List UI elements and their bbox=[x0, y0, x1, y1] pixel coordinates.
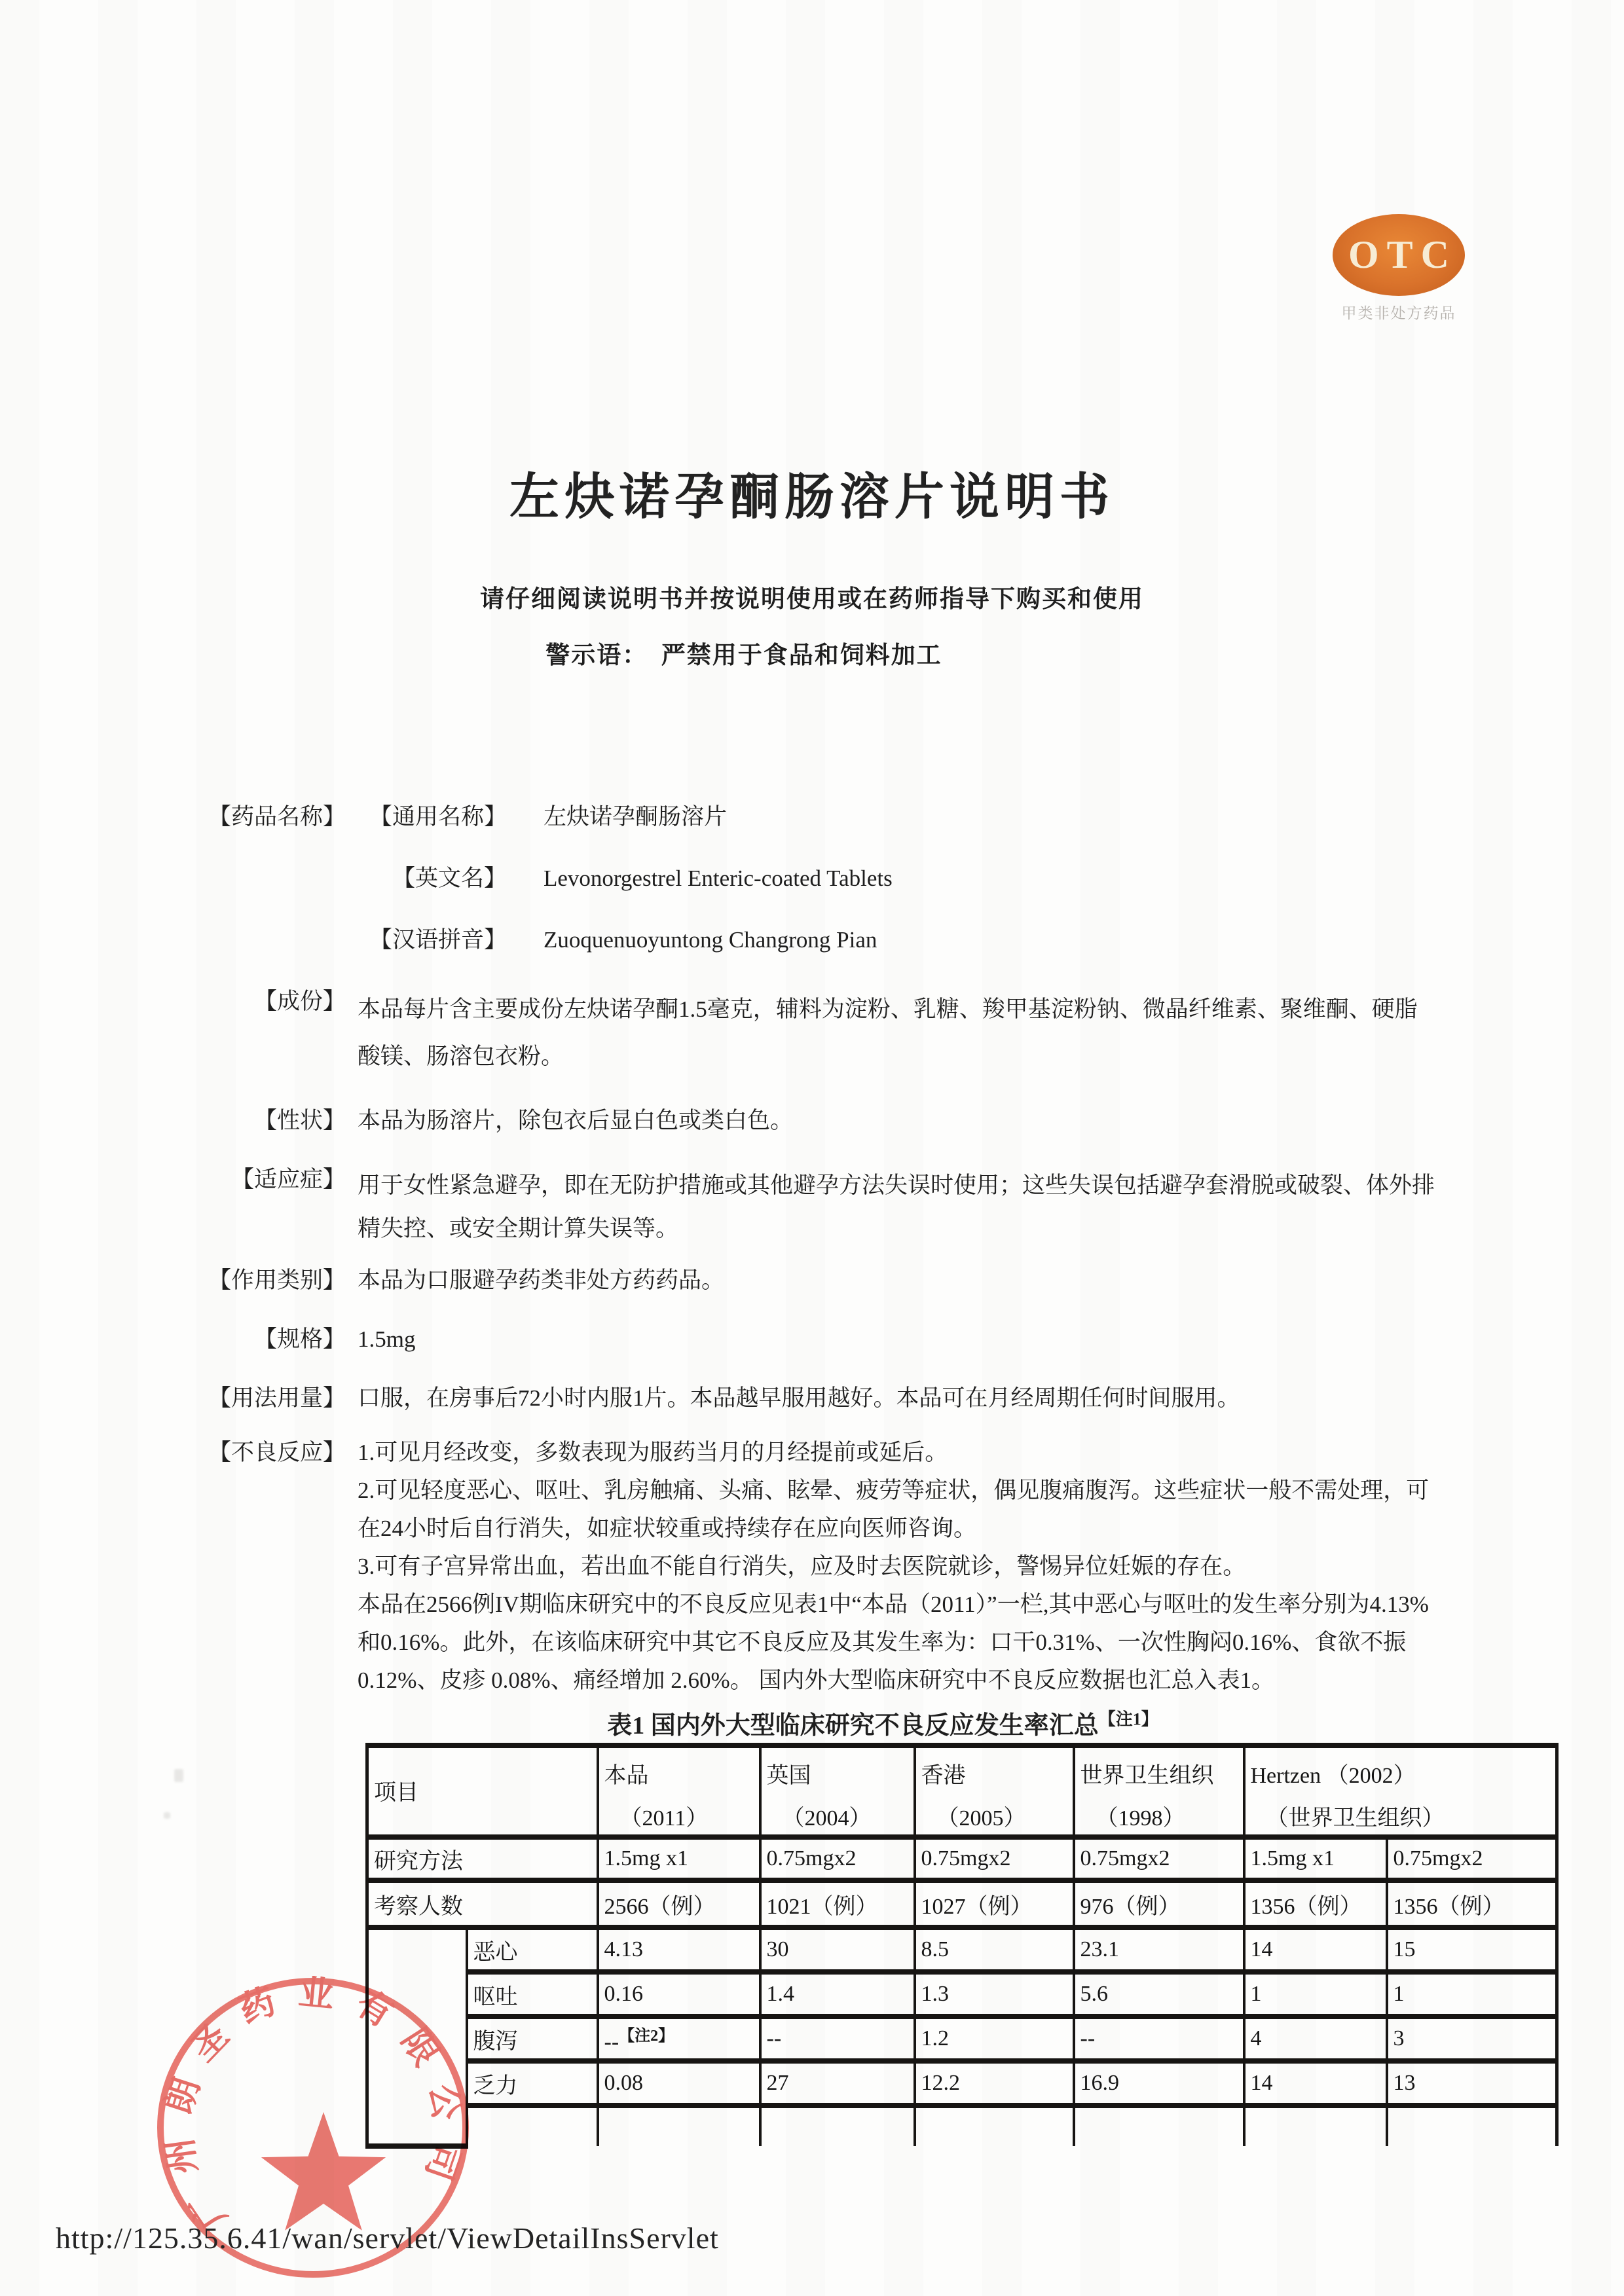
field-adverse-reactions: 【不良反应】 1.可见月经改变，多数表现为服药当月的月经提前或延后。 2.可见轻… bbox=[196, 1434, 1441, 1700]
source-url-text: http://125.35.6.41/wan/servlet/ViewDetai… bbox=[56, 2221, 719, 2255]
header-cell-hongkong: 香港 （2005） bbox=[915, 1745, 1074, 1837]
otc-mark-text: OTC bbox=[1340, 232, 1457, 278]
header-line1: 英国 bbox=[767, 1757, 908, 1789]
table-row-vomit: 呕吐 0.16 1.4 1.3 5.6 1 1 bbox=[367, 1972, 1557, 2016]
table-cell: 1356（例） bbox=[1387, 1880, 1557, 1927]
table-cell: 2566（例） bbox=[598, 1880, 760, 1927]
table-cell: 1021（例） bbox=[760, 1880, 915, 1927]
field-value: 本品为肠溶片，除包衣后显白色或类白色。 bbox=[358, 1105, 1437, 1137]
table-cell: 23.1 bbox=[1074, 1927, 1244, 1972]
header-cell-hertzen: Hertzen （2002） （世界卫生组织） bbox=[1244, 1745, 1557, 1837]
table-cell: 0.08 bbox=[598, 2061, 760, 2105]
table-cell: 3 bbox=[1387, 2016, 1557, 2061]
otc-logo: OTC 甲类非处方药品 bbox=[1333, 214, 1465, 323]
table-cell: 1.2 bbox=[915, 2016, 1074, 2061]
field-pinyin: 【汉语拼音】 Zuoquenuoyuntong Changrong Pian bbox=[196, 924, 1441, 956]
field-value: Levonorgestrel Enteric-coated Tablets bbox=[544, 863, 893, 894]
adverse-paragraph-4: 本品在2566例IV期临床研究中的不良反应见表1中“本品（2011）”一栏,其中… bbox=[358, 1586, 1437, 1700]
table-row-subjects: 考察人数 2566（例） 1021（例） 1027（例） 976（例） 1356… bbox=[367, 1880, 1557, 1927]
field-label: 【成份】 bbox=[196, 986, 346, 1017]
field-indications: 【适应症】 用于女性紧急避孕，即在无防护措施或其他避孕方法失误时使用；这些失误包… bbox=[196, 1164, 1441, 1250]
field-ingredients: 【成份】 本品每片含主要成份左炔诺孕酮1.5毫克，辅料为淀粉、乳糖、羧甲基淀粉钠… bbox=[196, 986, 1441, 1080]
otc-subtext: 甲类非处方药品 bbox=[1333, 301, 1465, 323]
header-cell-uk: 英国 （2004） bbox=[760, 1745, 915, 1837]
table-cell: 1027（例） bbox=[915, 1880, 1074, 1927]
table-row-diarrhea: 腹泻 --【注2】 -- 1.2 -- 4 3 bbox=[367, 2016, 1557, 2061]
table-cell bbox=[1244, 2105, 1387, 2146]
row-label: 研究方法 bbox=[367, 1837, 598, 1880]
header-cell-item: 项目 bbox=[367, 1745, 598, 1837]
adverse-paragraph-1: 1.可见月经改变，多数表现为服药当月的月经提前或延后。 bbox=[358, 1434, 1437, 1472]
table-cell: 30 bbox=[760, 1927, 915, 1972]
field-value: 口服，在房事后72小时内服1片。本品越早服用越好。本品可在月经周期任何时间服用。 bbox=[358, 1383, 1437, 1414]
otc-mark-ellipse: OTC bbox=[1333, 214, 1465, 296]
scan-artifact bbox=[164, 1812, 170, 1819]
field-label: 【作用类别】 bbox=[196, 1265, 346, 1296]
field-value: 用于女性紧急避孕，即在无防护措施或其他避孕方法失误时使用；这些失误包括避孕套滑脱… bbox=[358, 1164, 1437, 1250]
field-value: 本品为口服避孕药类非处方药药品。 bbox=[358, 1265, 1437, 1296]
table-cell bbox=[915, 2105, 1074, 2146]
adverse-paragraph-3: 3.可有子宫异常出血，若出血不能自行消失，应及时去医院就诊，警惕异位妊娠的存在。 bbox=[358, 1548, 1437, 1586]
field-value: 左炔诺孕酮肠溶片 bbox=[544, 801, 727, 833]
table-cell: 1 bbox=[1244, 1972, 1387, 2016]
table-cell: 0.75mgx2 bbox=[1387, 1837, 1557, 1880]
adverse-paragraph-2: 2.可见轻度恶心、呕吐、乳房触痛、头痛、眩晕、疲劳等症状，偶见腹痛腹泻。这些症状… bbox=[358, 1472, 1437, 1548]
table-cell bbox=[467, 2105, 598, 2146]
cell-note: 【注2】 bbox=[619, 2028, 674, 2045]
field-sublabel: 【汉语拼音】 bbox=[358, 924, 507, 956]
table-cell: 1356（例） bbox=[1244, 1880, 1387, 1927]
table-cell: 4.13 bbox=[598, 1927, 760, 1972]
row-label: 考察人数 bbox=[367, 1880, 598, 1927]
item-spacer-cell bbox=[367, 1927, 467, 2146]
table-cell: 14 bbox=[1244, 1927, 1387, 1972]
table-cell: 1.5mg x1 bbox=[1244, 1837, 1387, 1880]
field-label: 【用法用量】 bbox=[196, 1383, 346, 1414]
header-line1: 香港 bbox=[921, 1757, 1067, 1789]
field-value: Zuoquenuoyuntong Changrong Pian bbox=[544, 924, 877, 956]
document-page: OTC 甲类非处方药品 左炔诺孕酮肠溶片说明书 请仔细阅读说明书并按说明使用或在… bbox=[0, 0, 1624, 2296]
field-appearance: 【性状】 本品为肠溶片，除包衣后显白色或类白色。 bbox=[196, 1105, 1441, 1137]
adverse-reactions-table: 项目 本品 （2011） 英国 （2004） 香港 （2005） 世界卫生组织 … bbox=[365, 1743, 1559, 2149]
table-cell bbox=[1074, 2105, 1244, 2146]
table-cell: --【注2】 bbox=[598, 2016, 760, 2061]
header-line1: Hertzen （2002） bbox=[1251, 1757, 1551, 1789]
field-label: 【规格】 bbox=[196, 1324, 346, 1355]
field-dosage: 【用法用量】 口服，在房事后72小时内服1片。本品越早服用越好。本品可在月经周期… bbox=[196, 1383, 1441, 1414]
field-label: 【不良反应】 bbox=[196, 1434, 346, 1472]
table-cell: 27 bbox=[760, 2061, 915, 2105]
table-cell bbox=[1387, 2105, 1557, 2146]
field-value: 1.可见月经改变，多数表现为服药当月的月经提前或延后。 2.可见轻度恶心、呕吐、… bbox=[358, 1434, 1437, 1700]
table-cell: 8.5 bbox=[915, 1927, 1074, 1972]
table-cell bbox=[598, 2105, 760, 2146]
header-line2: （世界卫生组织） bbox=[1251, 1800, 1551, 1832]
table-cell: 1 bbox=[1387, 1972, 1557, 2016]
table-cell: -- bbox=[760, 2016, 915, 2061]
field-strength: 【规格】 1.5mg bbox=[196, 1324, 1441, 1355]
table-cell: 1.5mg x1 bbox=[598, 1837, 760, 1880]
table-row-fatigue: 乏力 0.08 27 12.2 16.9 14 13 bbox=[367, 2061, 1557, 2105]
table-cell: 16.9 bbox=[1074, 2061, 1244, 2105]
table1-title: 表1 国内外大型临床研究不良反应发生率汇总【注1】 bbox=[71, 1705, 1624, 1741]
cell-value: -- bbox=[604, 2030, 619, 2054]
row-label: 腹泻 bbox=[467, 2016, 598, 2061]
field-value: 1.5mg bbox=[358, 1324, 1437, 1355]
row-label: 呕吐 bbox=[467, 1972, 598, 2016]
table-row-cutoff bbox=[367, 2105, 1557, 2146]
table-cell: 1.3 bbox=[915, 1972, 1074, 2016]
table-cell: 0.75mgx2 bbox=[915, 1837, 1074, 1880]
table-cell: 14 bbox=[1244, 2061, 1387, 2105]
table-cell: 15 bbox=[1387, 1927, 1557, 1972]
table-header-row: 项目 本品 （2011） 英国 （2004） 香港 （2005） 世界卫生组织 … bbox=[367, 1745, 1557, 1837]
header-line2: （2011） bbox=[604, 1800, 754, 1832]
header-line2: （2005） bbox=[921, 1800, 1067, 1832]
table-row-method: 研究方法 1.5mg x1 0.75mgx2 0.75mgx2 0.75mgx2… bbox=[367, 1837, 1557, 1880]
row-label: 恶心 bbox=[467, 1927, 598, 1972]
table-row-nausea: 恶心 4.13 30 8.5 23.1 14 15 bbox=[367, 1927, 1557, 1972]
read-instruction-line: 请仔细阅读说明书并按说明使用或在药师指导下购买和使用 bbox=[0, 579, 1624, 614]
table-cell: 12.2 bbox=[915, 2061, 1074, 2105]
table1-title-text: 表1 国内外大型临床研究不良反应发生率汇总 bbox=[607, 1712, 1099, 1740]
field-sublabel: 【英文名】 bbox=[358, 863, 507, 894]
header-cell-who: 世界卫生组织 （1998） bbox=[1074, 1745, 1244, 1837]
field-english-name: 【英文名】 Levonorgestrel Enteric-coated Tabl… bbox=[196, 863, 1441, 894]
table-cell: 4 bbox=[1244, 2016, 1387, 2061]
header-cell-benpin: 本品 （2011） bbox=[598, 1745, 760, 1837]
table-cell: -- bbox=[1074, 2016, 1244, 2061]
field-label: 【药品名称】 bbox=[196, 801, 346, 833]
header-line2: （2004） bbox=[767, 1800, 908, 1832]
table-cell: 1.4 bbox=[760, 1972, 915, 2016]
table-cell: 5.6 bbox=[1074, 1972, 1244, 2016]
table-cell: 0.75mgx2 bbox=[760, 1837, 915, 1880]
table1-title-note: 【注1】 bbox=[1099, 1709, 1158, 1728]
table-cell bbox=[760, 2105, 915, 2146]
table-cell: 13 bbox=[1387, 2061, 1557, 2105]
table-cell: 0.16 bbox=[598, 1972, 760, 2016]
field-category: 【作用类别】 本品为口服避孕药类非处方药药品。 bbox=[196, 1265, 1441, 1296]
header-line2: （1998） bbox=[1080, 1800, 1238, 1832]
field-label: 【性状】 bbox=[196, 1105, 346, 1137]
table-cell: 0.75mgx2 bbox=[1074, 1837, 1244, 1880]
field-drug-name: 【药品名称】 【通用名称】 左炔诺孕酮肠溶片 bbox=[196, 801, 1441, 833]
scan-artifact bbox=[174, 1769, 183, 1782]
page-title: 左炔诺孕酮肠溶片说明书 bbox=[0, 457, 1624, 528]
warning-line: 警示语： 严禁用于食品和饲料加工 bbox=[0, 635, 1556, 670]
field-label: 【适应症】 bbox=[196, 1164, 346, 1195]
table-cell: 976（例） bbox=[1074, 1880, 1244, 1927]
row-label: 乏力 bbox=[467, 2061, 598, 2105]
header-line1: 世界卫生组织 bbox=[1080, 1757, 1238, 1789]
field-value: 本品每片含主要成份左炔诺孕酮1.5毫克，辅料为淀粉、乳糖、羧甲基淀粉钠、微晶纤维… bbox=[358, 986, 1437, 1080]
header-line1: 本品 bbox=[604, 1757, 754, 1789]
field-sublabel: 【通用名称】 bbox=[358, 801, 507, 833]
